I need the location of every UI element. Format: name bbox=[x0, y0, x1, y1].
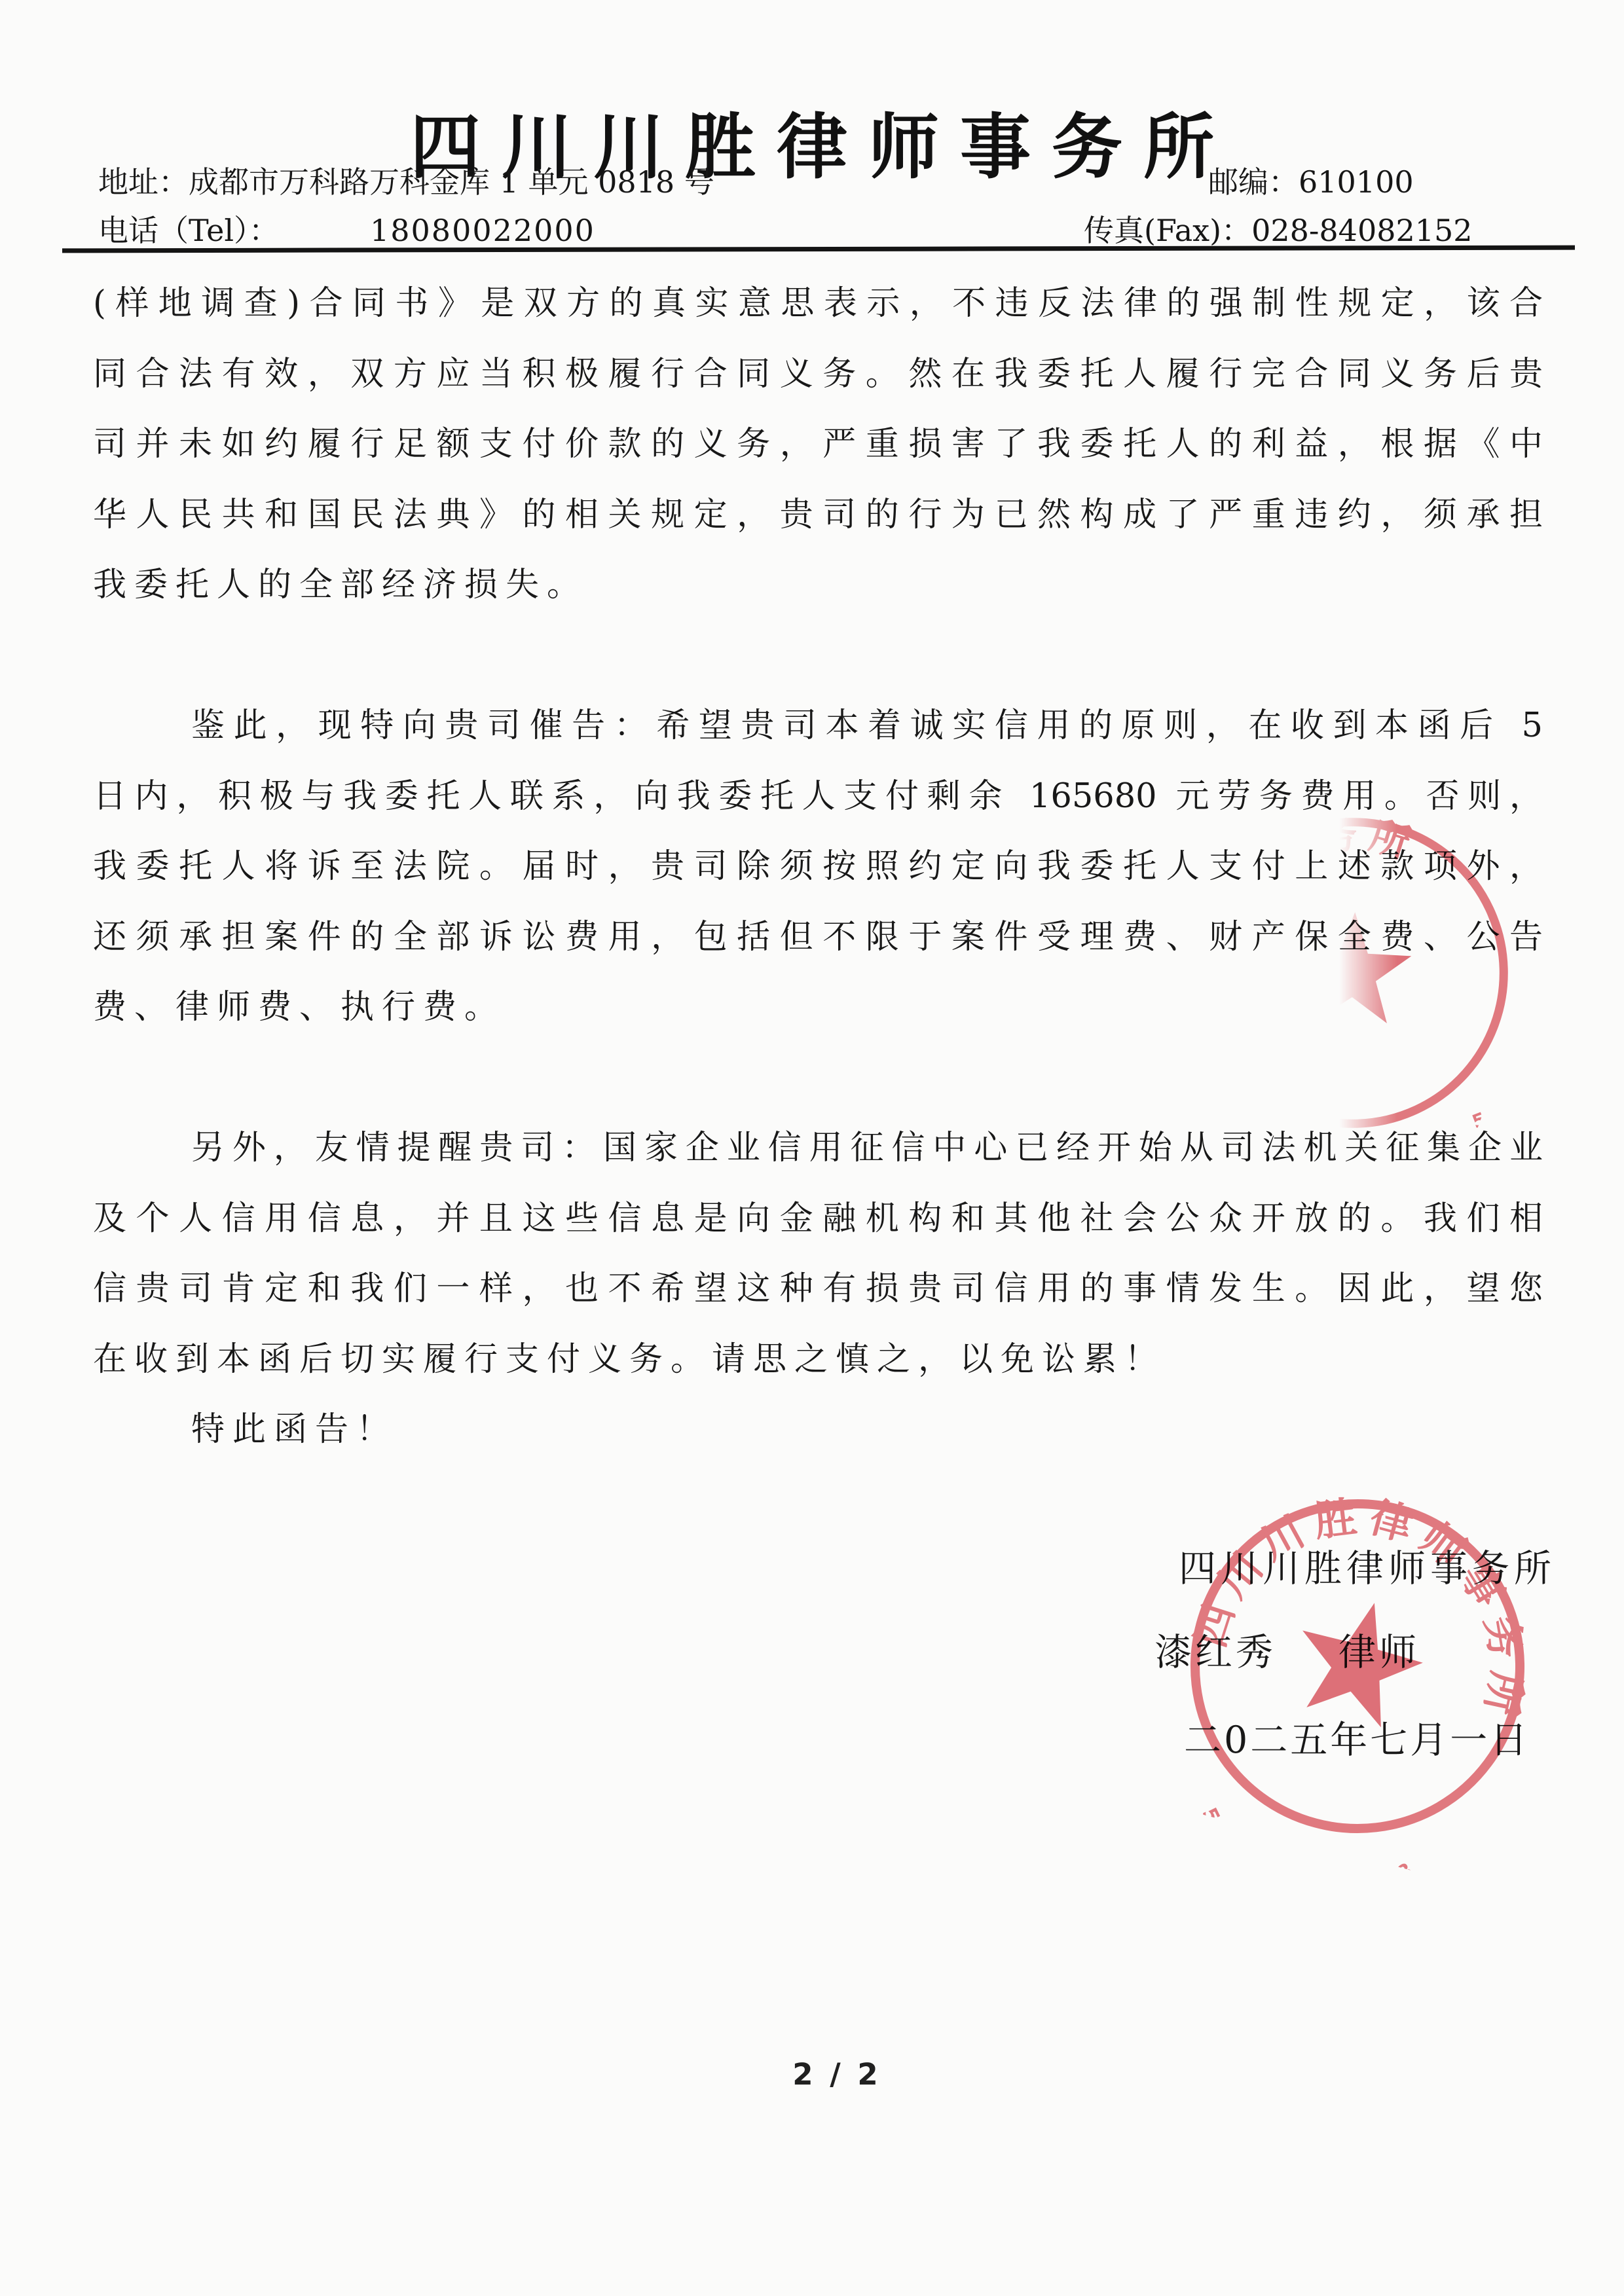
body-line-spacer bbox=[93, 621, 1543, 691]
letterhead-divider bbox=[62, 246, 1575, 253]
body-line: 我委托人的全部经济损失。 bbox=[93, 550, 1543, 621]
seal-number: 5101085156928 bbox=[1182, 1800, 1426, 1891]
address-line: 地址：成都市万科路万科金库 1 单元 0818 号 bbox=[98, 162, 714, 202]
body-line: 信贵司肯定和我们一样，也不希望这种有损贵司信用的事情发生。因此，望您 bbox=[93, 1254, 1543, 1324]
body-line: 还须承担案件的全部诉讼费用，包括但不限于案件受理费、财产保全费、公告 bbox=[93, 902, 1543, 973]
body-line: 日内，积极与我委托人联系，向我委托人支付剩余 165680 元劳务费用。否则， bbox=[93, 761, 1543, 832]
body-text: (样地调查)合同书》是双方的真实意思表示，不违反法律的强制性规定，该合同合法有效… bbox=[93, 268, 1543, 1465]
page-number: 2 / 2 bbox=[739, 2057, 935, 2092]
lawyer-title: 律师 bbox=[1338, 1631, 1420, 1674]
body-line: 鉴此，现特向贵司催告：希望贵司本着诚实信用的原则，在收到本函后 5 bbox=[93, 691, 1543, 761]
postcode-label: 邮编： bbox=[1208, 164, 1299, 200]
fax-value: 028-84082152 bbox=[1251, 213, 1472, 248]
body-line: 同合法有效，双方应当积极履行合同义务。然在我委托人履行完合同义务后贵 bbox=[93, 339, 1543, 410]
body-line: 费、律师费、执行费。 bbox=[93, 972, 1543, 1043]
body-line: (样地调查)合同书》是双方的真实意思表示，不违反法律的强制性规定，该合 bbox=[93, 268, 1543, 339]
fax-line: 传真(Fax)：028-84082152 bbox=[1084, 211, 1473, 250]
body-line: 华人民共和国民法典》的相关规定，贵司的行为已然构成了严重违约，须承担 bbox=[93, 480, 1543, 551]
body-line: 我委托人将诉至法院。届时，贵司除须按照约定向我委托人支付上述款项外， bbox=[93, 831, 1543, 902]
postcode-value: 610100 bbox=[1299, 164, 1414, 200]
tel-label: 电话（Tel）： bbox=[98, 211, 279, 250]
signature-firm-name: 四川川胜律师事务所 bbox=[1179, 1539, 1556, 1592]
body-line: 特此函告！ bbox=[93, 1394, 1543, 1465]
body-line: 在收到本函后切实履行支付义务。请思之慎之，以免讼累！ bbox=[93, 1324, 1543, 1395]
letter-page: 四川川胜律师事务所 地址：成都市万科路万科金库 1 单元 0818 号 邮编：6… bbox=[0, 0, 1624, 2296]
address-label: 地址： bbox=[98, 164, 189, 200]
body-line: 司并未如约履行足额支付价款的义务，严重损害了我委托人的利益，根据《中 bbox=[93, 409, 1543, 480]
body-line: 及个人信用信息，并且这些信息是向金融机构和其他社会公众开放的。我们相 bbox=[93, 1184, 1543, 1254]
fax-label: 传真(Fax)： bbox=[1084, 213, 1251, 248]
lawyer-name: 漆红秀 bbox=[1154, 1631, 1276, 1674]
body-line-spacer bbox=[93, 1043, 1543, 1114]
signature-lawyer-line: 漆红秀律师 bbox=[1154, 1622, 1420, 1676]
signature-date: 二0二五年七月一日 bbox=[1184, 1710, 1530, 1764]
tel-number: 18080022000 bbox=[370, 211, 595, 250]
address-value: 成都市万科路万科金库 1 单元 0818 号 bbox=[189, 164, 714, 200]
body-line: 另外，友情提醒贵司：国家企业信用征信中心已经开始从司法机关征集企业 bbox=[93, 1113, 1543, 1184]
postcode-line: 邮编：610100 bbox=[1208, 162, 1414, 202]
